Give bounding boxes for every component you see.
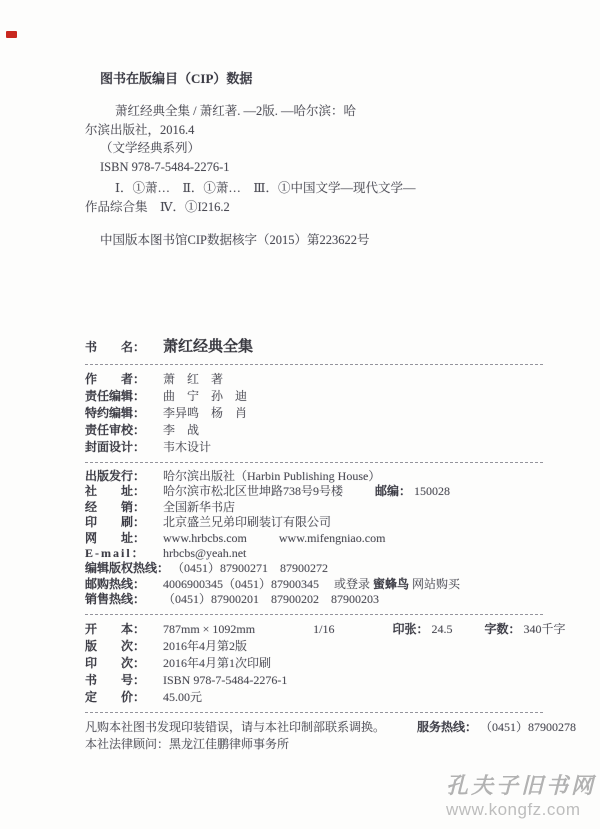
mail-order-brand: 蜜蜂鸟 bbox=[373, 577, 409, 591]
website-row: 网 址： www.hrbcbs.com www.mifengniao.com bbox=[85, 531, 543, 546]
dashed-divider bbox=[85, 364, 543, 365]
dashed-divider bbox=[85, 462, 543, 463]
sales-hotline-value: （0451）87900201 87900202 87900203 bbox=[163, 592, 379, 606]
proofreader-value: 李 战 bbox=[163, 423, 199, 437]
mail-order-note-pre: 或登录 bbox=[322, 577, 370, 591]
legal-counsel-row: 本社法律顾问：黑龙江佳鹏律师事务所 bbox=[85, 736, 543, 753]
proofreader-row: 责任审校： 李 战 bbox=[85, 422, 543, 439]
cip-title-line: 萧红经典全集 / 萧红著. —2版. —哈尔滨：哈 bbox=[85, 102, 543, 121]
proofreader-label: 责任审校： bbox=[85, 422, 160, 439]
email-row: E-mail： hrbcbs@yeah.net bbox=[85, 546, 543, 561]
words-label: 字数： bbox=[484, 622, 520, 636]
cip-description: 萧红经典全集 / 萧红著. —2版. —哈尔滨：哈 尔滨出版社，2016.4 （… bbox=[85, 102, 543, 176]
website-url-2: www.mifengniao.com bbox=[279, 531, 386, 545]
cip-heading: 图书在版编目（CIP）数据 bbox=[85, 68, 543, 87]
exchange-notice: 凡购本社图书发现印装错误，请与本社印制部联系调换。 bbox=[85, 720, 385, 734]
kongfz-site-name: 孔夫子旧书网 bbox=[446, 769, 596, 800]
special-editor-value: 李异鸣 杨 肖 bbox=[163, 406, 247, 420]
service-hotline-value: （0451）87900278 bbox=[480, 720, 576, 734]
cip-record-number: 中国版本图书馆CIP数据核字（2015）第223622号 bbox=[85, 230, 543, 248]
words-value: 340千字 bbox=[523, 622, 565, 636]
book-title-row: 书 名： 萧红经典全集 bbox=[85, 336, 543, 358]
author-row: 作 者： 萧 红 著 bbox=[85, 371, 543, 388]
postcode-value: 150028 bbox=[414, 484, 450, 498]
publisher-value: 哈尔滨出版社（Harbin Publishing House） bbox=[163, 469, 380, 483]
mail-order-note-post: 网站购买 bbox=[412, 577, 460, 591]
copyright-page: 图书在版编目（CIP）数据 萧红经典全集 / 萧红著. —2版. —哈尔滨：哈 … bbox=[0, 0, 600, 829]
mail-order-row: 邮购热线： 4006900345（0451）87900345 或登录 蜜蜂鸟 网… bbox=[85, 577, 543, 592]
format-fraction: 1/16 bbox=[313, 622, 334, 636]
address-label: 社 址： bbox=[85, 484, 160, 499]
red-scan-mark bbox=[6, 31, 17, 38]
sheets-value: 24.5 bbox=[431, 622, 452, 636]
cip-class-line1: Ⅰ．①萧… Ⅱ．①萧… Ⅲ．①中国文学—现代文学— bbox=[85, 179, 543, 198]
impression-row: 印 次： 2016年4月第1次印刷 bbox=[85, 655, 543, 672]
impression-value: 2016年4月第1次印刷 bbox=[163, 656, 271, 670]
editor-row: 责任编辑： 曲 宁 孙 迪 bbox=[85, 388, 543, 405]
format-row: 开 本： 787mm × 1092mm 1/16 印张： 24.5 字数： 34… bbox=[85, 621, 543, 638]
kongfz-site-url: www.kongfz.com bbox=[446, 800, 596, 820]
author-label: 作 者： bbox=[85, 371, 160, 388]
publisher-label: 出版发行： bbox=[85, 469, 160, 484]
book-title-value: 萧红经典全集 bbox=[163, 339, 253, 355]
sales-hotline-row: 销售热线： （0451）87900201 87900202 87900203 bbox=[85, 592, 543, 607]
author-value: 萧 红 著 bbox=[163, 372, 223, 386]
format-label: 开 本： bbox=[85, 621, 160, 638]
postcode-label: 邮编： bbox=[375, 484, 411, 498]
website-url-1: www.hrbcbs.com bbox=[163, 531, 247, 545]
special-editor-row: 特约编辑： 李异鸣 杨 肖 bbox=[85, 405, 543, 422]
format-value: 787mm × 1092mm bbox=[163, 622, 255, 636]
dashed-divider bbox=[85, 614, 543, 615]
printing-row: 印 刷： 北京盛兰兄弟印刷装订有限公司 bbox=[85, 515, 543, 530]
kongfz-watermark: 孔夫子旧书网 www.kongfz.com bbox=[446, 769, 596, 820]
email-value: hrbcbs@yeah.net bbox=[163, 546, 246, 560]
special-editor-label: 特约编辑： bbox=[85, 405, 160, 422]
edition-value: 2016年4月第2版 bbox=[163, 639, 247, 653]
dashed-divider bbox=[85, 712, 543, 713]
printing-label: 印 刷： bbox=[85, 515, 160, 530]
book-number-row: 书 号： ISBN 978-7-5484-2276-1 bbox=[85, 672, 543, 689]
editor-value: 曲 宁 孙 迪 bbox=[163, 389, 247, 403]
mail-order-label: 邮购热线： bbox=[85, 577, 160, 592]
cip-class-line2: 作品综合集 Ⅳ．①I216.2 bbox=[85, 198, 543, 217]
exchange-notice-row: 凡购本社图书发现印装错误，请与本社印制部联系调换。 服务热线： （0451）87… bbox=[85, 719, 543, 736]
cover-design-label: 封面设计： bbox=[85, 439, 160, 456]
copyright-hotline-value: （0451）87900271 87900272 bbox=[172, 561, 328, 575]
editor-label: 责任编辑： bbox=[85, 388, 160, 405]
mail-order-value: 4006900345（0451）87900345 bbox=[163, 577, 319, 591]
copyright-hotline-label: 编辑版权热线： bbox=[85, 561, 169, 576]
email-label: E-mail： bbox=[85, 546, 160, 561]
cip-publisher-line: 尔滨出版社，2016.4 bbox=[85, 121, 543, 140]
book-number-value: ISBN 978-7-5484-2276-1 bbox=[163, 673, 287, 687]
distribution-label: 经 销： bbox=[85, 500, 160, 515]
printing-value: 北京盛兰兄弟印刷装订有限公司 bbox=[163, 515, 331, 529]
cip-isbn-line: ISBN 978-7-5484-2276-1 bbox=[85, 158, 543, 177]
price-row: 定 价： 45.00元 bbox=[85, 689, 543, 706]
distribution-value: 全国新华书店 bbox=[163, 500, 235, 514]
book-title-label: 书 名： bbox=[85, 336, 160, 358]
legal-counsel: 本社法律顾问：黑龙江佳鹏律师事务所 bbox=[85, 737, 289, 751]
cip-classification: Ⅰ．①萧… Ⅱ．①萧… Ⅲ．①中国文学—现代文学— 作品综合集 Ⅳ．①I216.… bbox=[85, 179, 543, 216]
publisher-row: 出版发行： 哈尔滨出版社（Harbin Publishing House） bbox=[85, 469, 543, 484]
copyright-hotline-row: 编辑版权热线： （0451）87900271 87900272 bbox=[85, 561, 543, 576]
address-row: 社 址： 哈尔滨市松北区世坤路738号9号楼 邮编： 150028 bbox=[85, 484, 543, 499]
price-label: 定 价： bbox=[85, 689, 160, 706]
address-value: 哈尔滨市松北区世坤路738号9号楼 bbox=[163, 484, 343, 498]
distribution-row: 经 销： 全国新华书店 bbox=[85, 500, 543, 515]
cover-design-row: 封面设计： 韦木设计 bbox=[85, 439, 543, 456]
cip-series-line: （文学经典系列） bbox=[85, 139, 543, 158]
impression-label: 印 次： bbox=[85, 655, 160, 672]
website-label: 网 址： bbox=[85, 531, 160, 546]
service-hotline-label: 服务热线： bbox=[417, 720, 477, 734]
colophon-section: 书 名： 萧红经典全集 作 者： 萧 红 著 责任编辑： 曲 宁 孙 迪 特约编… bbox=[85, 336, 543, 753]
sales-hotline-label: 销售热线： bbox=[85, 592, 160, 607]
price-value: 45.00元 bbox=[163, 690, 202, 704]
edition-label: 版 次： bbox=[85, 638, 160, 655]
book-number-label: 书 号： bbox=[85, 672, 160, 689]
sheets-label: 印张： bbox=[392, 622, 428, 636]
cover-design-value: 韦木设计 bbox=[163, 440, 211, 454]
cip-section: 图书在版编目（CIP）数据 萧红经典全集 / 萧红著. —2版. —哈尔滨：哈 … bbox=[85, 68, 543, 248]
edition-row: 版 次： 2016年4月第2版 bbox=[85, 638, 543, 655]
